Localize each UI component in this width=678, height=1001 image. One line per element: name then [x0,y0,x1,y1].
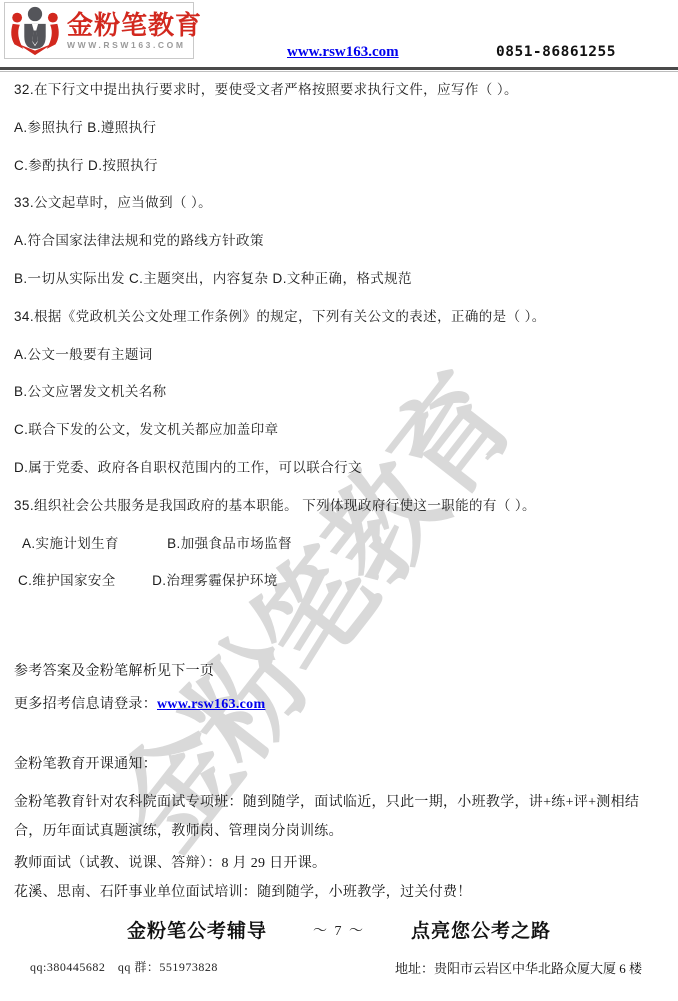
notice-title: 金粉笔教育开课通知： [14,755,664,775]
question-35-options-cd: C.维护国家安全 D.治理雾霾保护环境 [14,562,664,600]
question-35-option-a: A.实施计划生育 [22,525,163,563]
question-32-options-cd: C.参酌执行 D.按照执行 [14,147,664,185]
page-header: 金粉笔教育 WWW.RSW163.COM www.rsw163.com 0851… [0,0,678,71]
company-address: 地址：贵阳市云岩区中华北路众厦大厦 6 楼 [395,958,642,977]
question-33-text: 33.公文起草时，应当做到（ ）。 [14,184,664,222]
header-divider [0,67,678,70]
question-34-text: 34.根据《党政机关公文处理工作条例》的规定，下列有关公文的表述，正确的是（ ）… [14,298,664,336]
qq-contact-info: qq:380445682 qq 群：551973828 [30,958,218,977]
question-35-option-d: D.治理雾霾保护环境 [152,573,278,588]
notice-body: 金粉笔教育针对农科院面试专项班：随到随学，面试临近，只此一期，小班教学，讲+练+… [14,788,664,846]
question-35-option-c: C.维护国家安全 [18,562,148,600]
footer-slogan-row: 金粉笔公考辅导 ～ 7 ～ 点亮您公考之路 [0,916,678,943]
page-number: ～ 7 ～ [313,920,365,940]
question-34-option-b: B.公文应署发文机关名称 [14,373,664,411]
question-34-option-a: A.公文一般要有主题词 [14,336,664,374]
brand-site-url: WWW.RSW163.COM [67,41,202,50]
brand-name: 金粉笔教育 [67,12,202,38]
training-line: 花溪、思南、石阡事业单位面试培训：随到随学，小班教学，过关付费！ [14,883,664,903]
footer-slogan-left: 金粉笔公考辅导 [127,916,267,943]
question-34-option-c: C.联合下发的公文，发文机关都应加盖印章 [14,411,664,449]
footer-slogan-right: 点亮您公考之路 [411,916,551,943]
question-32-text: 32.在下行文中提出执行要求时，要使受文者严格按照要求执行文件，应写作（ ）。 [14,71,664,109]
question-35-option-b: B.加强食品市场监督 [167,536,292,551]
header-site-link[interactable]: www.rsw163.com [287,44,399,61]
header-phone: 0851-86861255 [496,44,616,60]
footer-contact-row: qq:380445682 qq 群：551973828 地址：贵阳市云岩区中华北… [0,958,678,977]
more-info-prefix: 更多招考信息请登录： [14,697,157,712]
question-33-options-bcd: B.一切从实际出发 C.主题突出，内容复杂 D.文种正确，格式规范 [14,260,664,298]
teacher-interview-line: 教师面试（试教、说课、答辩）：8 月 29 日开课。 [14,854,664,874]
question-34-option-d: D.属于党委、政府各自职权范围内的工作，可以联合行文 [14,449,664,487]
answers-note: 参考答案及金粉笔解析见下一页 [14,662,664,682]
question-32-options-ab: A.参照执行 B.遵照执行 [14,109,664,147]
more-info-line: 更多招考信息请登录：www.rsw163.com [14,695,664,715]
notes-section: 参考答案及金粉笔解析见下一页 更多招考信息请登录：www.rsw163.com … [0,662,678,903]
question-35-options-ab: A.实施计划生育 B.加强食品市场监督 [14,525,664,563]
question-section: 32.在下行文中提出执行要求时，要使受文者严格按照要求执行文件，应写作（ ）。 … [0,71,678,600]
brand-logo: 金粉笔教育 WWW.RSW163.COM [4,2,194,59]
question-33-option-a: A.符合国家法律法规和党的路线方针政策 [14,222,664,260]
document-page: 金粉笔教育 金粉笔教育 WWW.RSW163.COM [0,0,678,1001]
question-35-text: 35.组织社会公共服务是我国政府的基本职能。 下列体现政府行使这一职能的有（ ）… [14,487,664,525]
brand-logo-icon [8,6,62,56]
header-divider-light [0,71,678,72]
more-info-link[interactable]: www.rsw163.com [157,697,265,712]
